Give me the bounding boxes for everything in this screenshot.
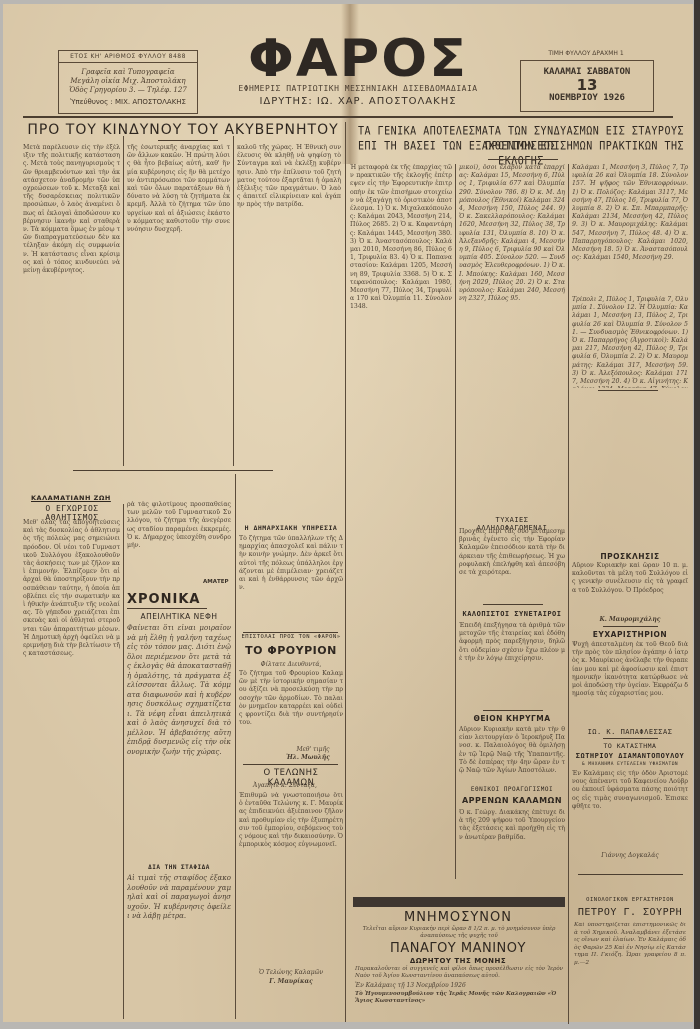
headline-akyvernitou: ΠΡΟ ΤΟΥ ΚΙΝΔΥΝΟΥ ΤΟΥ ΑΚΥΒΕΡΝΗΤΟΥ	[23, 122, 343, 138]
newspaper-page: ΕΤΟΣ ΚΗ' ΑΡΙΘΜΟΣ ΦΥΛΛΟΥ 8488 Γραφεῖα καὶ…	[3, 4, 693, 1022]
mnimosynon-date: Ἐν Καλάμαις τῇ 13 Νοεμβρίου 1926	[355, 982, 495, 990]
article-athlitismos-body: Μεθ' ὅλας τὰς ἀπογοητεύσεις καὶ τὰς δυσκ…	[23, 519, 120, 1019]
article-stafida-body: Αἱ τιμαὶ τῆς σταφίδος ἐξακολουθοῦν νὰ πα…	[127, 874, 231, 1019]
workshop-kicker: ΟΙΝΟΛΟΓΙΚΟΝ ΕΡΓΑΣΤΗΡΙΟΝ	[572, 897, 688, 903]
office-line-2: Μεγάλη οἰκία Μιχ. Ἀποστολάκη	[59, 77, 197, 86]
article-kirygma-body: Αὔριον Κυριακὴν κατὰ μὲν τὴν θείαν λειτο…	[459, 726, 565, 788]
article-ekloges-col3: Καλάμαι 1, Μεσσήνη 3, Πύλος 7, Τριφυλία …	[572, 164, 688, 294]
workshop-body: Καὶ ὑποστηρίζεται ἐπιστημονικῶς διὰ τοῦ …	[574, 922, 686, 992]
article-dimarchia-body: Τὸ ζήτημα τῶν ὑπαλλήλων τῆς Δημαρχίας ἀπ…	[239, 535, 343, 630]
section-rule	[578, 874, 683, 875]
article-proagogai-body: Ὁ κ. Γεώργ. Διακάκης ἐπέτυχε διὰ τῆς 209…	[459, 809, 565, 879]
headline-mnimosynon: ΜΝΗΜΟΣΥΝΟΝ	[351, 910, 565, 925]
date-box: ΚΑΛΑΜΑΙ ΣΑΒΒΑΤΟΝ 13 ΝΟΕΜΒΡΙΟΥ 1926	[520, 60, 654, 112]
section-rule	[603, 626, 658, 627]
column-divider	[345, 122, 346, 1022]
section-rule	[73, 470, 273, 471]
shop-name: ΣΩΤΗΡΙΟΥ ΔΙΑΜΑΝΤΟΠΟΥΛΟΥ	[572, 752, 688, 760]
headline-eucharistirion: ΕΥΧΑΡΙΣΤΗΡΙΟΝ	[572, 630, 688, 639]
column-divider	[455, 164, 456, 879]
shop-signature: Γιάννης Δογκαλάς	[572, 852, 688, 860]
article-apeilitika-body: Φαίνεται ὅτι εἶναι μοιραῖον νὰ μὴ ἔλθῃ ἡ…	[127, 624, 231, 856]
responsible-editor: Ὑπεύθυνος : ΜΙΧ. ΑΠΟΣΤΟΛΑΚΗΣ	[59, 98, 197, 106]
headline-rule	[488, 159, 558, 160]
headline-dimarchia: Η ΔΗΜΑΡΧΙΑΚΗ ΥΠΗΡΕΣΙΑ	[239, 524, 343, 532]
section-rule	[243, 764, 338, 765]
section-rule	[483, 710, 543, 711]
section-rule	[127, 608, 207, 609]
section-rule	[603, 738, 658, 739]
sign-label: Μεθ' τιμῆς	[283, 746, 343, 754]
office-line-1: Γραφεῖα καὶ Τυπογραφεῖα	[59, 68, 197, 77]
article-akyvernitou-col1: Μετὰ παρέλευσιν εἰς τὴν ἐξέλιξιν τῆς πολ…	[23, 144, 120, 464]
article-telonis-body: Ἐπιθυμῶ νὰ γνωστοποιήσω ὅτι ὁ ἐνταῦθα Τε…	[239, 792, 343, 962]
headline-stafida: ΔΙΑ ΤΗΝ ΣΤΑΦΙΔΑ	[127, 864, 231, 871]
workshop-name: ΠΕΤΡΟΥ Γ. ΣΟΥΡΡΗ	[572, 907, 688, 918]
date-day: 13	[521, 77, 653, 93]
column-divider	[123, 504, 124, 1019]
signature-telonis-name: Γ. Μαυρίκας	[239, 978, 343, 986]
office-line-3: Ὁδὸς Γρηγορίου 3. — Τηλέφ. 127	[59, 86, 197, 95]
headline-frourion: ΤΟ ΦΡΟΥΡΙΟΝ	[239, 644, 343, 657]
signature-amater: ΑΜΑΤΕΡ	[203, 579, 229, 585]
founder-line: ΙΔΡΥΤΗΣ: ΙΩ. ΧΑΡ. ΑΠΟΣΤΟΛΑΚΗΣ	[203, 96, 513, 107]
signature-telonis: Ὁ Τελώνης Καλαμῶν	[239, 969, 343, 977]
section-rule	[483, 604, 543, 605]
eucharistirion-signature: ΙΩ. Κ. ΠΑΠΑΦΛΕΣΣΑΣ	[572, 728, 688, 736]
mnimosynon-subname: ΔΩΡΗΤΟΥ ΤΗΣ ΜΟΝΗΣ	[351, 957, 565, 965]
signature-frourion: Ἠλ. Μωυλῆς	[273, 754, 343, 762]
section-chronika: ΧΡΟΝΙΚΑ	[127, 592, 207, 607]
section-rule	[598, 390, 658, 391]
headline-theion-kirygma: ΘΕΙΟΝ ΚΗΡΥΓΜΑ	[459, 714, 565, 723]
right-results-body: Τρίπολι 2, Πύλος 1, Τριφυλία 7, Ὀλυμπία …	[572, 296, 688, 388]
column-divider	[235, 474, 236, 1019]
headline-rule	[158, 140, 218, 141]
column-divider	[233, 136, 234, 466]
masthead: ΕΤΟΣ ΚΗ' ΑΡΙΘΜΟΣ ΦΥΛΛΟΥ 8488 Γραφεῖα καὶ…	[3, 4, 693, 116]
headline-apeilitika-nefi: ΑΠΕΙΛΗΤΙΚΑ ΝΕΦΗ	[127, 612, 231, 621]
article-akyvernitou-col2: τῆς ἐσωτερικῆς ἀναρχίας καὶ τῶν ἄλλων κα…	[127, 144, 230, 464]
article-kalopistoi-body: Ἐπειδὴ ἐπεξήγησα τὰ ἀριθμὰ τῶν μετοχῶν τ…	[459, 622, 565, 706]
newspaper-title: ΦΑΡΟΣ	[218, 33, 498, 84]
date-month-year: ΝΟΕΜΒΡΙΟΥ 1926	[521, 93, 653, 103]
article-ekloges-col2: μικοί), ὅσοι ἔλαβον κατὰ ἐπαρχίας: Καλάμ…	[459, 164, 565, 512]
issue-number: ΕΤΟΣ ΚΗ' ΑΡΙΘΜΟΣ ΦΥΛΛΟΥ 8488	[59, 51, 197, 63]
section-kalamatiani-zoi: ΚΑΛΑΜΑΤΙΑΝΗ ΖΩΗ	[31, 494, 121, 502]
newspaper-subtitle: ΕΦΗΜΕΡΙΣ ΠΑΤΡΙΩΤΙΚΗ ΜΕΣΣΗΝΙΑΚΗ ΔΙΣΕΒΔΟΜΑ…	[203, 84, 513, 93]
mnimosynon-intro: Τελεῖται αὔριον Κυριακὴν περὶ ὥραν 8 1/2…	[353, 926, 565, 940]
article-athlitismos-cont: ρὰ τὰς φιλοτίμους προσπαθείας των μελῶν …	[127, 501, 231, 576]
prosklisis-body: Αὔριον Κυριακὴν καὶ ὥραν 10 π. μ. καλοῦν…	[572, 562, 688, 612]
prosklisis-signature: Κ. Μαυρομιχάλης	[572, 616, 688, 624]
black-divider-bar	[353, 897, 565, 907]
article-tyxaies-body: Προχθὲς περὶ τὰς δύο μεταμεσημβρινὰς ἐγέ…	[459, 528, 565, 600]
mnimosynon-body: Παρακαλοῦνται οἱ συγγενεῖς καὶ φίλοι ὅπω…	[355, 966, 563, 980]
headline-prosklisis: ΠΡΟΣΚΛΗΣΙΣ	[572, 552, 688, 561]
article-frourion-body: Τὸ ζήτημα τοῦ Φρουρίου Καλαμῶν μὲ τὴν ἱσ…	[239, 670, 343, 740]
article-akyvernitou-col3: καλοῦ τῆς χώρας. Ἡ Ἐθνικὴ συνέλευσις θὰ …	[237, 144, 341, 464]
column-divider	[123, 136, 124, 466]
mnimosynon-signed: Τὸ Ἡγουμενοσυμβούλιον τῆς Ἱερᾶς Μονῆς τῶ…	[355, 991, 565, 1005]
shop-subtitle: & ΜΗΧΑΝΗΜΑ ΕΥΤΕΛΕΙΑΝ ΥΦΑΣΜΑΤΩΝ	[572, 762, 688, 767]
page-edge-shadow	[694, 0, 700, 1029]
article-ekloges-col1: Ἡ μεταφορὰ ἐκ τῆς ἐπαρχίας τῶν πρακτικῶν…	[350, 164, 452, 804]
column-divider	[568, 164, 569, 1024]
headline-proagogai-line2: ΑΡΡΕΝΩΝ ΚΑΛΑΜΩΝ	[459, 796, 565, 805]
salutation-telonis: Ἀγαπητέ κ. Σύνταξα,	[239, 782, 333, 790]
headline-kalopistoi: ΚΑΛΟΠΙΣΤΟΙ ΣΥΝΕΤΑΙΡΟΙ	[459, 610, 565, 618]
kicker-letters: ΕΠΙΣΤΟΛΑΙ ΠΡΟΣ ΤΟΝ «ΦΑΡΟΝ»	[239, 634, 343, 640]
masthead-rule	[23, 116, 673, 118]
mnimosynon-name: ΠΑΝΑΓΟΥ ΜΑΝΙΝΟΥ	[351, 941, 565, 956]
eucharistirion-body: Ψυχὴ ἀπεσταλμένη ἐκ τοῦ Θεοῦ διὰ τὴν πρὸ…	[572, 641, 688, 727]
price-label: ΤΙΜΗ ΦΥΛΛΟΥ ΔΡΑΧΜΗ 1	[520, 50, 652, 57]
headline-proagogai-line1: ΕΘΝΙΚΟΙ ΠΡΟΑΓΩΓΙΣΜΟΙ	[459, 786, 565, 793]
shop-body: Ἐν Καλάμαις εἰς τὴν ὁδὸν Ἀριστομένους ἀπ…	[572, 770, 688, 850]
issue-info-box: ΕΤΟΣ ΚΗ' ΑΡΙΘΜΟΣ ΦΥΛΛΟΥ 8488 Γραφεῖα καὶ…	[58, 50, 198, 114]
headline-katastima: ΤΟ ΚΑΤΑΣΤΗΜΑ	[572, 742, 688, 750]
section-rule	[243, 632, 338, 633]
salutation-frourion: Φίλτατε Διευθυντά,	[239, 661, 343, 669]
